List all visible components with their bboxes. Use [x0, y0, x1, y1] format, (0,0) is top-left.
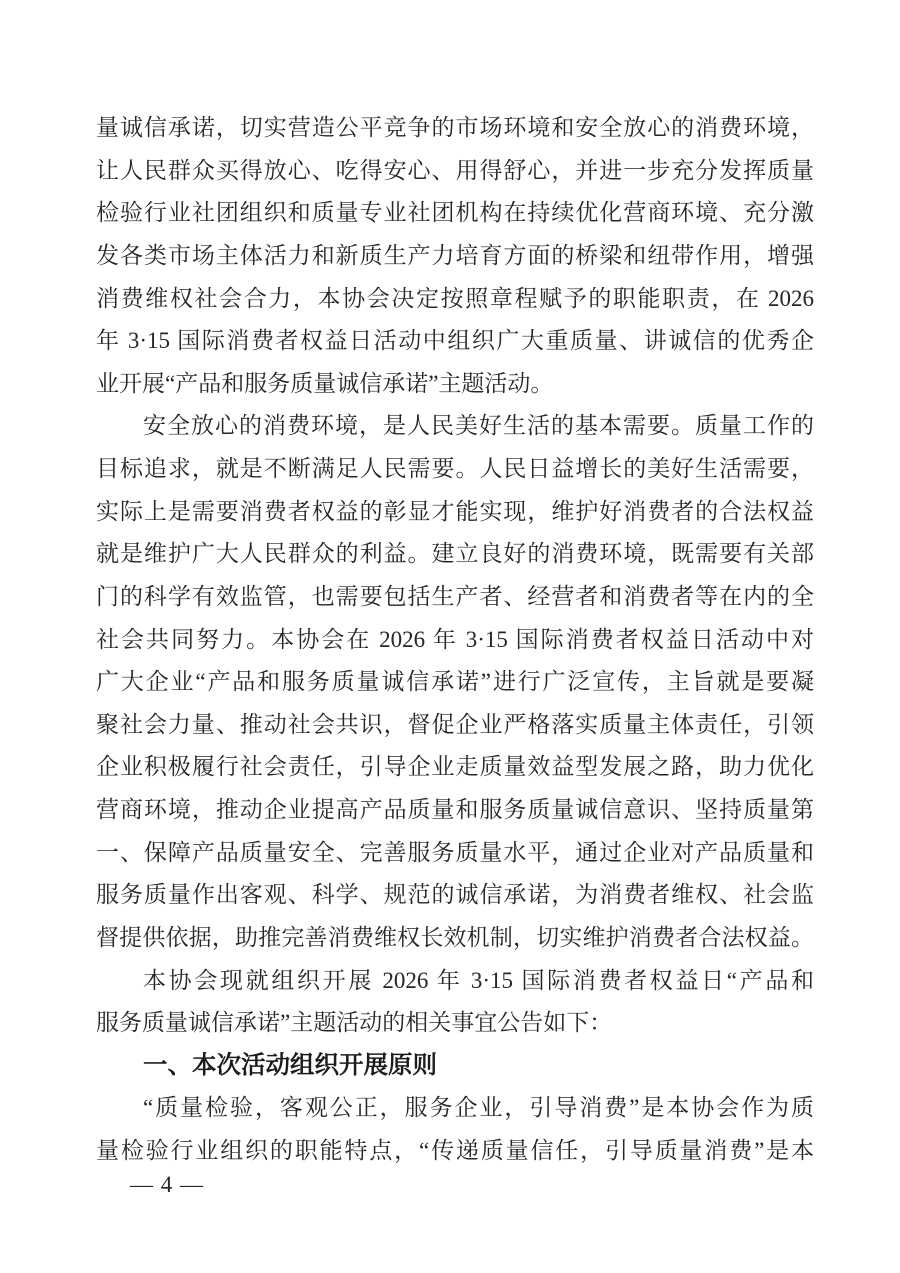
text-line: 企业积极履行社会责任，引导企业走质量效益型发展之路，助力优化	[96, 746, 814, 789]
text-line: 量诚信承诺，切实营造公平竞争的市场环境和安全放心的消费环境，	[96, 107, 814, 150]
text-line: 消费维权社会合力，本协会决定按照章程赋予的职能职责，在 2026	[96, 278, 814, 321]
text-line: 营商环境，推动企业提高产品质量和服务质量诚信意识、坚持质量第	[96, 789, 814, 832]
text-line: 社会共同努力。本协会在 2026 年 3·15 国际消费者权益日活动中对	[96, 619, 814, 662]
text-line: 广大企业“产品和服务质量诚信承诺”进行广泛宣传，主旨就是要凝	[96, 661, 814, 704]
text-line: 服务质量诚信承诺”主题活动的相关事宜公告如下：	[96, 1002, 814, 1045]
text-line: 聚社会力量、推动社会共识，督促企业严格落实质量主体责任，引领	[96, 704, 814, 747]
page-body: 量诚信承诺，切实营造公平竞争的市场环境和安全放心的消费环境，让人民群众买得放心、…	[96, 107, 814, 1173]
text-line: 一、保障产品质量安全、完善服务质量水平，通过企业对产品质量和	[96, 832, 814, 875]
text-line: 服务质量作出客观、科学、规范的诚信承诺，为消费者维权、社会监	[96, 874, 814, 917]
page-footer: — 4 —	[130, 1170, 204, 1200]
text-line: 目标追求，就是不断满足人民需要。人民日益增长的美好生活需要，	[96, 448, 814, 491]
text-line: 安全放心的消费环境，是人民美好生活的基本需要。质量工作的	[96, 405, 814, 448]
text-line: 就是维护广大人民群众的利益。建立良好的消费环境，既需要有关部	[96, 533, 814, 576]
text-line: 发各类市场主体活力和新质生产力培育方面的桥梁和纽带作用，增强	[96, 235, 814, 278]
section-heading: 一、本次活动组织开展原则	[96, 1045, 814, 1088]
text-line: 业开展“产品和服务质量诚信承诺”主题活动。	[96, 363, 814, 406]
document-page: 量诚信承诺，切实营造公平竞争的市场环境和安全放心的消费环境，让人民群众买得放心、…	[0, 0, 900, 1273]
page-number: — 4 —	[130, 1172, 204, 1197]
text-line: “质量检验，客观公正，服务企业，引导消费”是本协会作为质	[96, 1087, 814, 1130]
text-line: 量检验行业组织的职能特点，“传递质量信任，引导质量消费”是本	[96, 1130, 814, 1173]
text-line: 本协会现就组织开展 2026 年 3·15 国际消费者权益日“产品和	[96, 960, 814, 1003]
text-line: 实际上是需要消费者权益的彰显才能实现，维护好消费者的合法权益	[96, 491, 814, 534]
text-line: 督提供依据，助推完善消费维权长效机制，切实维护消费者合法权益。	[96, 917, 814, 960]
text-line: 门的科学有效监管，也需要包括生产者、经营者和消费者等在内的全	[96, 576, 814, 619]
text-line: 让人民群众买得放心、吃得安心、用得舒心，并进一步充分发挥质量	[96, 150, 814, 193]
text-line: 年 3·15 国际消费者权益日活动中组织广大重质量、讲诚信的优秀企	[96, 320, 814, 363]
text-line: 检验行业社团组织和质量专业社团机构在持续优化营商环境、充分激	[96, 192, 814, 235]
